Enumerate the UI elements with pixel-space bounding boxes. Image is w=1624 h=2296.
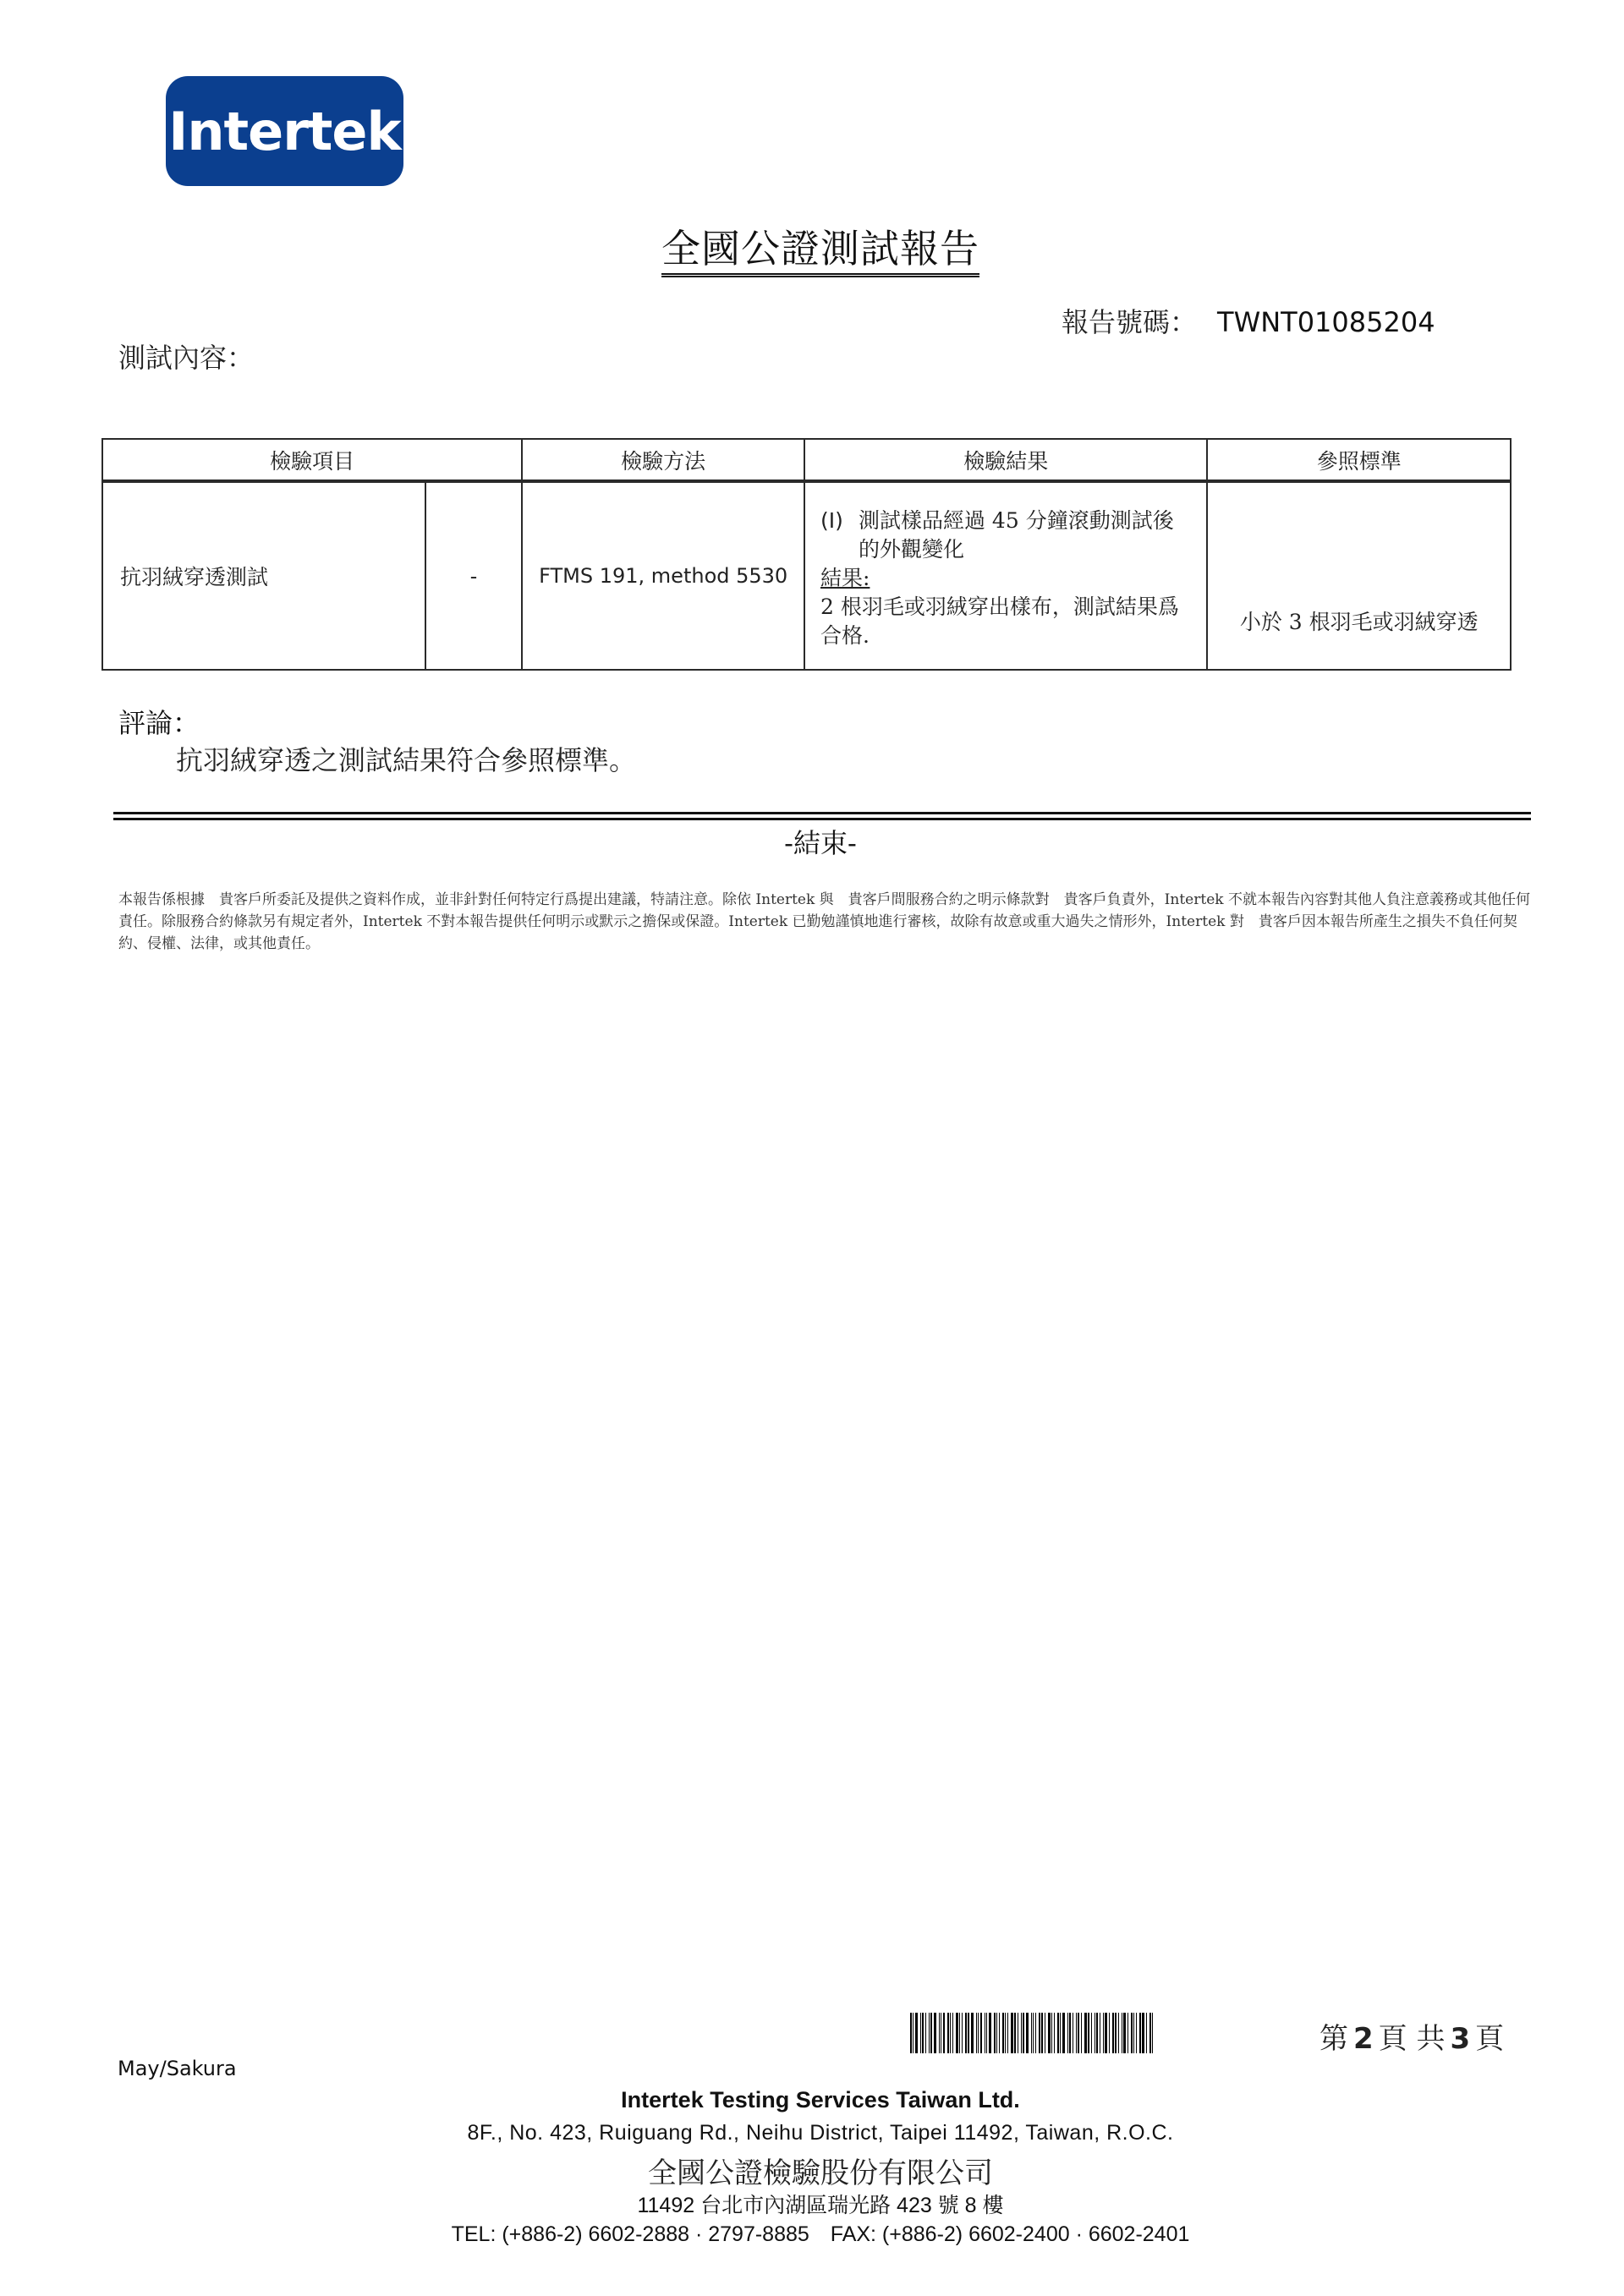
result-text: 2 根羽毛或羽絨穿出樣布，測試結果爲 — [820, 593, 1194, 622]
footer-address: 8F., No. 423, Ruiguang Rd., Neihu Distri… — [0, 2121, 1624, 2145]
result-description: 測試樣品經過 45 分鐘滾動測試後 — [859, 507, 1174, 535]
author-initials: May/Sakura — [118, 2057, 237, 2080]
test-content-label: 測試內容： — [118, 337, 254, 375]
page-indicator: 第2頁 共3頁 — [1319, 2015, 1504, 2057]
result-number: (I) — [820, 507, 859, 535]
current-page: 2 — [1353, 2022, 1374, 2056]
footer-contact: TEL: (+886-2) 6602-2888 · 2797-8885 FAX:… — [0, 2217, 1624, 2248]
header-test-method: 檢驗方法 — [522, 439, 804, 481]
results-table: 檢驗項目 檢驗方法 檢驗結果 參照標準 抗羽絨穿透測試 - FTMS 191, … — [101, 438, 1512, 671]
report-number: 報告號碼：TWNT01085204 — [1062, 301, 1435, 340]
header-test-result: 檢驗結果 — [804, 439, 1207, 481]
comment-label: 評論： — [118, 702, 200, 741]
total-pages: 3 — [1450, 2022, 1470, 2056]
result-text-cont: 合格. — [820, 622, 1194, 650]
comment-text: 抗羽絨穿透之測試結果符合參照標準。 — [176, 739, 636, 778]
footer-company-name-zh: 全國公證檢驗股份有限公司 — [0, 2150, 1624, 2191]
header-test-item: 檢驗項目 — [102, 439, 522, 481]
disclaimer: 本報告係根據 貴客戶所委託及提供之資料作成，並非針對任何特定行爲提出建議，特請注… — [118, 889, 1539, 955]
intertek-logo: Intertek — [166, 76, 403, 186]
report-number-label: 報告號碼： — [1062, 306, 1197, 338]
cell-sub: - — [425, 481, 523, 670]
cell-reference-standard: 小於 3 根羽毛或羽絨穿透 — [1207, 481, 1511, 670]
end-mark: -結束- — [0, 822, 1624, 861]
table-row: 抗羽絨穿透測試 - FTMS 191, method 5530 (I) 測試樣品… — [102, 481, 1511, 670]
cell-test-method: FTMS 191, method 5530 — [522, 481, 804, 670]
cell-test-result: (I) 測試樣品經過 45 分鐘滾動測試後 的外觀變化 結果: 2 根羽毛或羽絨… — [804, 481, 1207, 670]
report-title: 全國公證測試報告 — [0, 218, 1624, 274]
barcode — [910, 2013, 1172, 2053]
table-header-row: 檢驗項目 檢驗方法 檢驗結果 參照標準 — [102, 439, 1511, 481]
report-number-value: TWNT01085204 — [1217, 306, 1435, 338]
result-label: 結果: — [820, 564, 1194, 593]
result-description-cont: 的外觀變化 — [820, 535, 1194, 564]
end-divider — [113, 812, 1531, 820]
cell-test-item: 抗羽絨穿透測試 — [102, 481, 425, 670]
logo-text: Intertek — [168, 101, 400, 162]
header-reference-standard: 參照標準 — [1207, 439, 1511, 481]
footer-address-zh: 11492 台北市內湖區瑞光路 423 號 8 樓 — [0, 2189, 1624, 2219]
footer-company-name: Intertek Testing Services Taiwan Ltd. — [0, 2087, 1624, 2113]
